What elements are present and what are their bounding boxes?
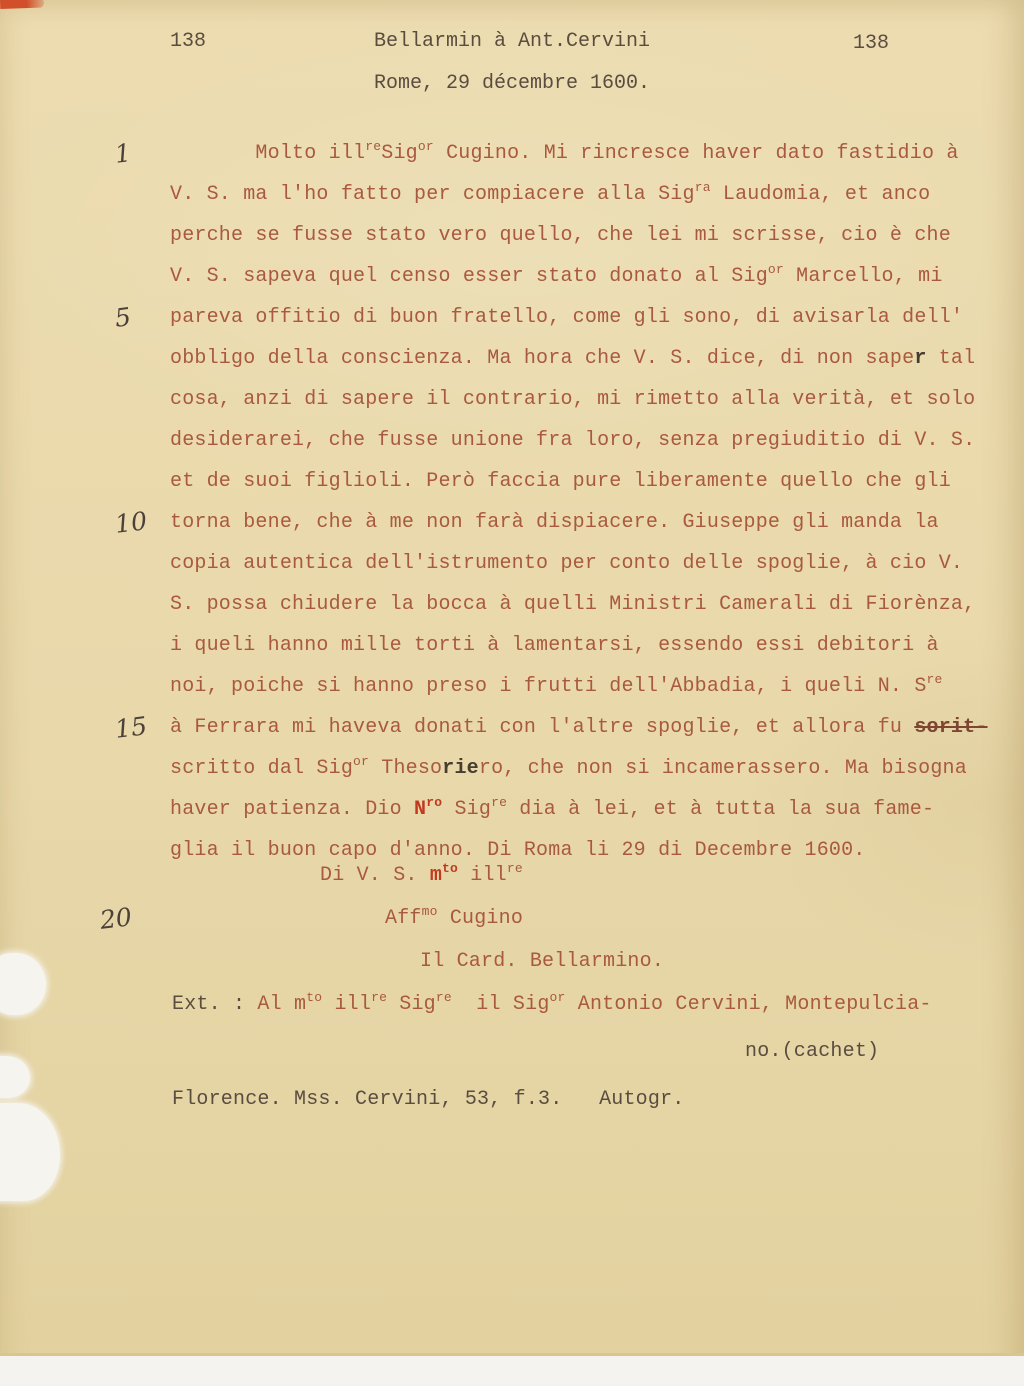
letter-line: obbligo della conscienza. Ma hora che V.… [170, 338, 994, 379]
letter-line: V. S. sapeva quel censo esser stato dona… [170, 256, 994, 297]
margin-line-number: 5 [113, 298, 134, 338]
signature-name: Il Card. Bellarmino. [420, 941, 664, 982]
letter-line: à Ferrara mi haveva donati con l'altre s… [170, 707, 994, 748]
letter-line: perche se fusse stato vero quello, che l… [170, 215, 994, 256]
page-number-right: 138 [853, 32, 889, 55]
ext-address-line: Ext. : Al mto illre Sigre il Sigor Anton… [172, 984, 932, 1025]
signature-affection: Affmo Cugino [385, 898, 523, 939]
document-page: 138 Bellarmin à Ant.Cervini 138 Rome, 29… [0, 0, 1024, 1386]
margin-line-number: 10 [113, 502, 150, 544]
paper-damage-spot [0, 1056, 30, 1098]
letter-line: copia autentica dell'istrumento per cont… [170, 543, 994, 584]
letter-line: torna bene, che à me non farà dispiacere… [170, 502, 994, 543]
paper-damage-spot [0, 1103, 60, 1201]
letter-line: et de suoi figlioli. Però faccia pure li… [170, 461, 994, 502]
letter-line: Molto illreSigor Cugino. Mi rincresce ha… [170, 133, 994, 174]
margin-line-number: 20 [98, 898, 134, 940]
letter-dateline: Rome, 29 décembre 1600. [0, 72, 1024, 95]
letter-body: Molto illreSigor Cugino. Mi rincresce ha… [170, 133, 994, 871]
letter-line: glia il buon capo d'anno. Di Roma li 29 … [170, 830, 994, 871]
letter-line: V. S. ma l'ho fatto per compiacere alla … [170, 174, 994, 215]
signature-closing: Di V. S. mto illre [320, 855, 523, 896]
scan-edge [0, 1353, 1024, 1386]
letter-line: noi, poiche si hanno preso i frutti dell… [170, 666, 994, 707]
letter-line: cosa, anzi di sapere il contrario, mi ri… [170, 379, 994, 420]
red-ink-mark [0, 0, 44, 9]
letter-line: scritto dal Sigor Thesoriero, che non si… [170, 748, 994, 789]
letter-line: S. possa chiudere la bocca à quelli Mini… [170, 584, 994, 625]
ext-cachet-line: no.(cachet) [745, 1031, 879, 1072]
margin-line-number: 15 [113, 707, 150, 749]
margin-line-number: 1 [113, 134, 134, 174]
letter-line: haver patienza. Dio Nro Sigre dia à lei,… [170, 789, 994, 830]
paper-damage-spot [0, 953, 46, 1015]
letter-line: desiderarei, che fusse unione fra loro, … [170, 420, 994, 461]
source-citation: Florence. Mss. Cervini, 53, f.3. Autogr. [172, 1079, 684, 1120]
letter-line: pareva offitio di buon fratello, come gl… [170, 297, 994, 338]
letter-line: i queli hanno mille torti à lamentarsi, … [170, 625, 994, 666]
